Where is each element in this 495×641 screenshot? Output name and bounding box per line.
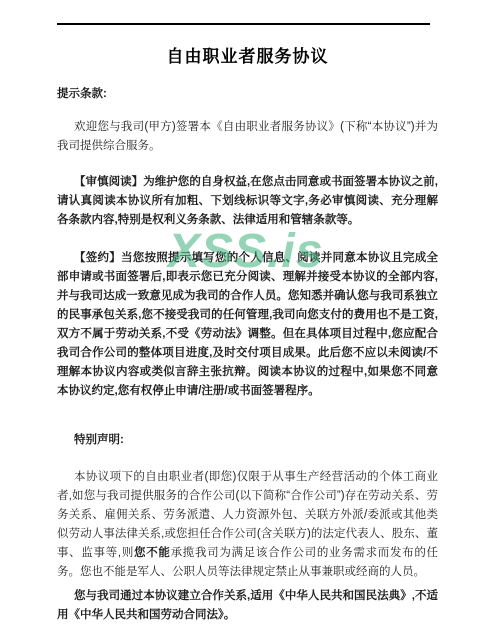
careful-reading-paragraph-text: 【审慎阅读】为维护您的自身权益,在您点击同意或书面签署本协议之前,请认真阅读本协… xyxy=(57,176,438,226)
document-title: 自由职业者服务协议 xyxy=(0,42,495,67)
applicable-law-paragraph: 您与我司通过本协议建立合作关系,适用《中华人民共和国民法典》,不适用《中华人民共… xyxy=(57,587,438,625)
careful-reading-paragraph: 【审慎阅读】为维护您的自身权益,在您点击同意或书面签署本协议之前,请认真阅读本协… xyxy=(57,173,438,230)
signing-paragraph: 【签约】当您按照提示填写您的个人信息、阅读并同意本协议且完成全部申请或书面签署后… xyxy=(57,249,438,401)
signing-paragraph-text: 【签约】当您按照提示填写您的个人信息、阅读并同意本协议且完成全部申请或书面签署后… xyxy=(57,252,438,397)
freelancer-scope-paragraph-text: 本协议项下的自由职业者(即您)仅限于从事生产经营活动的个体工商业者,如您与我司提… xyxy=(57,471,438,559)
header-divider-line xyxy=(57,23,430,25)
freelancer-scope-paragraph-text: 您不能 xyxy=(134,547,171,559)
applicable-law-paragraph-text: 您与我司通过本协议建立合作关系,适用《中华人民共和国民法典》,不适用《中华人民共… xyxy=(57,590,438,621)
freelancer-scope-paragraph: 本协议项下的自由职业者(即您)仅限于从事生产经营活动的个体工商业者,如您与我司提… xyxy=(57,468,438,582)
tip-clause-heading: 提示条款: xyxy=(57,85,438,104)
agreement-document-page: 自由职业者服务协议 提示条款:欢迎您与我司(甲方)签署本《自由职业者服务协议》(… xyxy=(0,0,495,641)
tip-clause-heading-text: 提示条款: xyxy=(57,88,107,100)
special-statement-heading: 特别声明: xyxy=(74,431,438,450)
welcome-paragraph-text: 欢迎您与我司(甲方)签署本《自由职业者服务协议》(下称“本协议”)并为我司提供综… xyxy=(57,121,438,152)
welcome-paragraph: 欢迎您与我司(甲方)签署本《自由职业者服务协议》(下称“本协议”)并为我司提供综… xyxy=(57,118,438,156)
document-body: 提示条款:欢迎您与我司(甲方)签署本《自由职业者服务协议》(下称“本协议”)并为… xyxy=(57,85,438,625)
special-statement-heading-text: 特别声明: xyxy=(74,434,124,446)
